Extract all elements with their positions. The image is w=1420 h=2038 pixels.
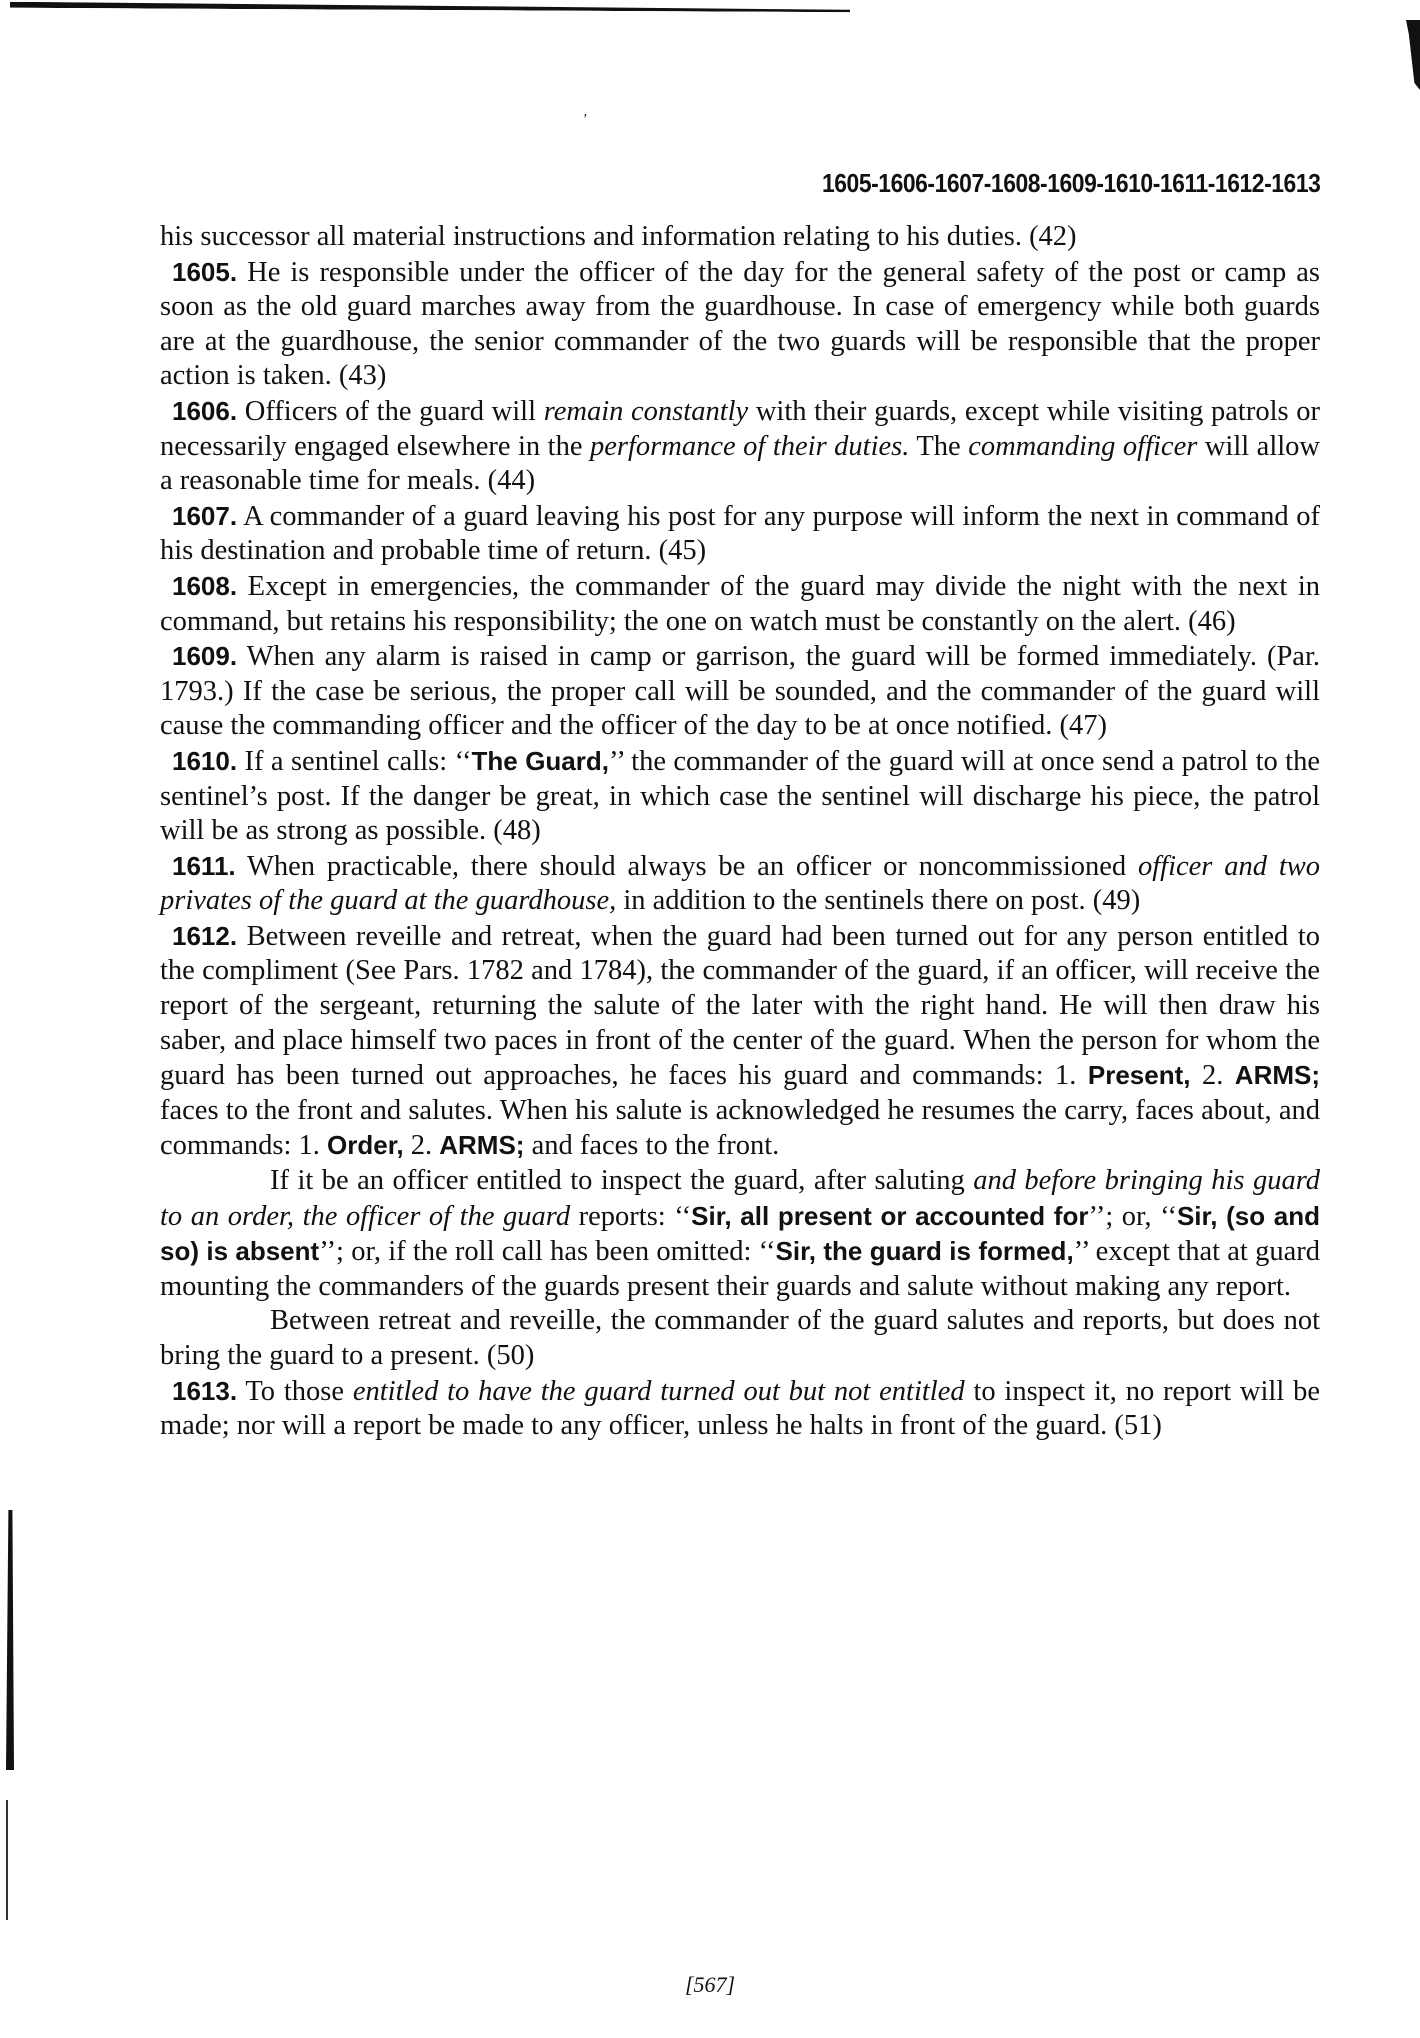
- command-text: ARMS;: [439, 1130, 524, 1160]
- scan-top-rule: [10, 2, 850, 12]
- paragraph-1609: 1609. When any alarm is raised in camp o…: [160, 639, 1320, 744]
- paragraph-text: his successor all material instructions …: [160, 221, 1077, 252]
- paragraph-text: Except in emergencies, the commander of …: [160, 571, 1320, 637]
- paragraph-number: 1608.: [172, 571, 237, 601]
- paragraph-text: If a sentinel calls: ‘‘: [237, 746, 471, 777]
- paragraph-number: 1605.: [172, 257, 237, 287]
- paragraph-number: 1610.: [172, 746, 237, 776]
- paragraph-continuation: Between retreat and reveille, the comman…: [160, 1304, 1320, 1373]
- emphasis-text: entitled to have the guard turned out bu…: [353, 1376, 965, 1407]
- paragraph-text: and faces to the front.: [524, 1130, 779, 1161]
- paragraph-text: ’’; or, ‘‘: [1088, 1201, 1177, 1232]
- paragraph-1606: 1606. Officers of the guard will remain …: [160, 394, 1320, 499]
- emphasis-text: performance of their duties.: [590, 431, 909, 462]
- command-text: Present,: [1088, 1060, 1191, 1090]
- paragraph-continuation: If it be an officer entitled to inspect …: [160, 1164, 1320, 1304]
- scan-margin-line: [6, 1800, 8, 1920]
- paragraph-1607: 1607. A commander of a guard leaving his…: [160, 499, 1320, 569]
- page-body: his successor all material instructions …: [160, 220, 1320, 1444]
- paragraph-1611: 1611. When practicable, there should alw…: [160, 849, 1320, 919]
- paragraph-text: The: [909, 431, 968, 462]
- emphasis-text: commanding officer: [968, 431, 1197, 462]
- scan-speck: ’: [582, 112, 587, 128]
- paragraph-text: 2.: [404, 1130, 440, 1161]
- scan-margin-artifact: [6, 1510, 14, 1770]
- paragraph-text: Between retreat and reveille, the comman…: [160, 1305, 1320, 1371]
- paragraph-text: If it be an officer entitled to inspect …: [270, 1165, 973, 1196]
- paragraph-1605: 1605. He is responsible under the office…: [160, 255, 1320, 394]
- paragraph-1610: 1610. If a sentinel calls: ‘‘The Guard,’…: [160, 744, 1320, 849]
- emphasis-text: remain constantly: [544, 396, 749, 427]
- paragraph-text: To those: [237, 1376, 353, 1407]
- scan-edge-mark: [1406, 20, 1420, 90]
- command-text: ARMS;: [1235, 1060, 1320, 1090]
- paragraph-text: 2.: [1190, 1060, 1234, 1091]
- paragraph-number: 1606.: [172, 396, 237, 426]
- paragraph-text: A commander of a guard leaving his post …: [160, 501, 1320, 567]
- paragraph-1613: 1613. To those entitled to have the guar…: [160, 1374, 1320, 1444]
- command-text: The Guard,: [471, 746, 609, 776]
- command-text: Sir, the guard is formed,: [776, 1236, 1074, 1266]
- paragraph-number: 1612.: [172, 921, 237, 951]
- paragraph-continuation: his successor all material instructions …: [160, 220, 1320, 255]
- command-text: Order,: [327, 1130, 404, 1160]
- paragraph-number: 1607.: [172, 501, 237, 531]
- paragraph-text: Officers of the guard will: [237, 396, 544, 427]
- page-number: [567]: [0, 1972, 1420, 1998]
- paragraph-1608: 1608. Except in emergencies, the command…: [160, 569, 1320, 639]
- paragraph-number: 1611.: [172, 851, 236, 881]
- paragraph-text: ’’; or, if the roll call has been omitte…: [319, 1236, 775, 1267]
- paragraph-number: 1609.: [172, 641, 237, 671]
- paragraph-1612: 1612. Between reveille and retreat, when…: [160, 919, 1320, 1164]
- command-text: Sir, all present or accounted for: [691, 1201, 1088, 1231]
- paragraph-text: When practicable, there should always be…: [236, 851, 1138, 882]
- running-head: 1605-1606-1607-1608-1609-1610-1611-1612-…: [822, 168, 1320, 199]
- paragraph-text: He is responsible under the officer of t…: [160, 257, 1320, 392]
- paragraph-number: 1613.: [172, 1376, 237, 1406]
- paragraph-text: in addition to the sentinels there on po…: [616, 885, 1140, 916]
- paragraph-text: When any alarm is raised in camp or garr…: [160, 641, 1320, 741]
- paragraph-text: reports: ‘‘: [570, 1201, 691, 1232]
